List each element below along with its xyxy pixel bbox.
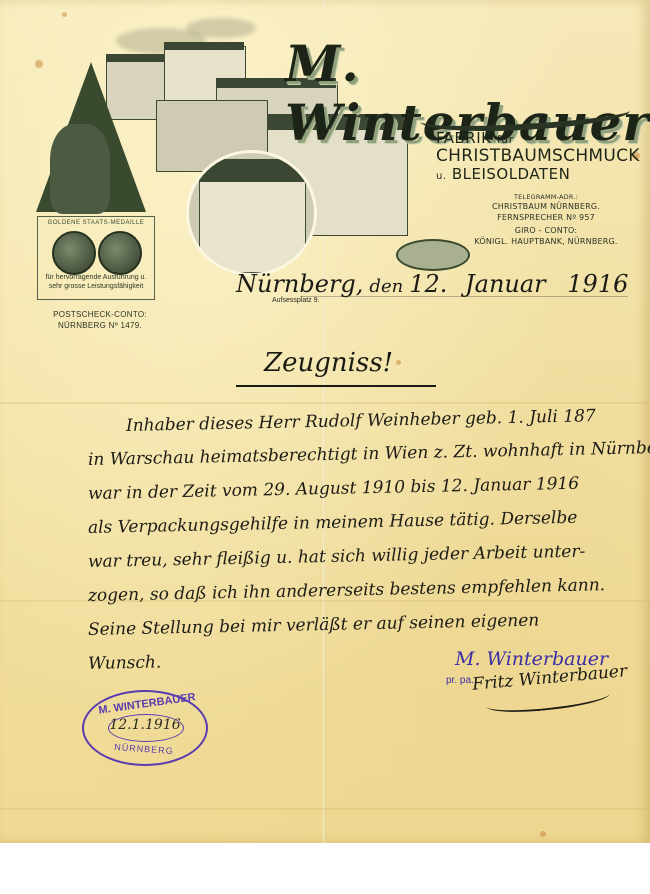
giro-label: GIRO - CONTO:	[456, 226, 636, 237]
company-description: FABRIK für CHRISTBAUMSCHMUCK u. BLEISOLD…	[436, 130, 640, 183]
document-title: Zeugniss!	[264, 348, 393, 378]
horizontal-fold	[0, 402, 650, 404]
stain	[396, 360, 401, 365]
medal-caption: für hervorragende Ausführung u. sehr gro…	[38, 274, 154, 292]
body-line: war treu, sehr fleißig u. hat sich willi…	[88, 542, 586, 572]
stain	[540, 831, 546, 837]
stamp-city: NÜRNBERG	[104, 741, 185, 757]
dateline: Nürnberg,den12. Januar 1916	[236, 270, 628, 298]
oval-company-stamp: M. WINTERBAUER 12.1.1916 NÜRNBERG	[82, 690, 208, 766]
telegram-label: TELEGRAMM-ADR.:	[456, 193, 636, 202]
contact-block: TELEGRAMM-ADR.: CHRISTBAUM NÜRNBERG. FER…	[456, 193, 636, 248]
santa-claus	[50, 124, 110, 214]
medal-portrait-icon	[52, 231, 96, 275]
letter-paper: M. Winterbauer FABRIK für CHRISTBAUMSCHM…	[0, 0, 650, 843]
postscheck-number: NÜRNBERG Nº 1479.	[40, 321, 160, 332]
building-vignette	[186, 150, 317, 276]
telegram-address: CHRISTBAUM NÜRNBERG.	[456, 202, 636, 213]
stamp-date: 12.1.1916	[108, 717, 182, 733]
medal-figures-icon	[98, 231, 142, 275]
giro-bank: KÖNIGL. HAUPTBANK, NÜRNBERG.	[456, 237, 636, 248]
day: 12.	[409, 270, 447, 298]
smoke	[186, 18, 256, 38]
place: Nürnberg,	[236, 270, 363, 298]
postscheck-account: POSTSCHECK-CONTO: NÜRNBERG Nº 1479.	[40, 310, 160, 332]
medal-caption-line: für hervorragende Ausführung u.	[38, 274, 154, 283]
horizontal-fold	[0, 808, 650, 810]
und-label: u.	[436, 171, 447, 182]
building	[199, 181, 306, 273]
fabrik-label: FABRIK	[436, 129, 492, 147]
den-label: den	[369, 276, 403, 297]
body-line: in Warschau heimatsberechtigt in Wien z.…	[88, 438, 650, 470]
roof	[164, 42, 244, 50]
body-line: war in der Zeit vom 29. August 1910 bis …	[88, 474, 579, 504]
gold-medal-box: GOLDENE STAATS-MEDAILLE für hervorragend…	[37, 216, 155, 300]
month: Januar	[465, 270, 546, 298]
street-address: Aufsessplatz 9.	[272, 297, 319, 304]
phone-number: FERNSPRECHER Nº 957	[456, 213, 636, 224]
title-underline	[236, 385, 436, 387]
body-line: Wunsch.	[88, 652, 162, 674]
product-christbaumschmuck: CHRISTBAUMSCHMUCK	[436, 147, 640, 166]
body-line: Inhaber dieses Herr Rudolf Weinheber geb…	[126, 406, 596, 436]
postscheck-label: POSTSCHECK-CONTO:	[40, 310, 160, 321]
medal-title: GOLDENE STAATS-MEDAILLE	[38, 220, 154, 226]
medal-caption-line: sehr grosse Leistungsfähigkeit	[38, 283, 154, 292]
dateline-rule	[300, 296, 628, 297]
year: 1916	[567, 270, 628, 298]
per-procura-label: pr. pa.	[446, 675, 474, 686]
roof	[199, 159, 304, 181]
body-line: Seine Stellung bei mir verläßt er auf se…	[88, 611, 540, 640]
product-bleisoldaten: BLEISOLDATEN	[452, 165, 570, 183]
body-line: als Verpackungsgehilfe in meinem Hause t…	[88, 508, 578, 538]
fuer-label: für	[497, 133, 514, 146]
